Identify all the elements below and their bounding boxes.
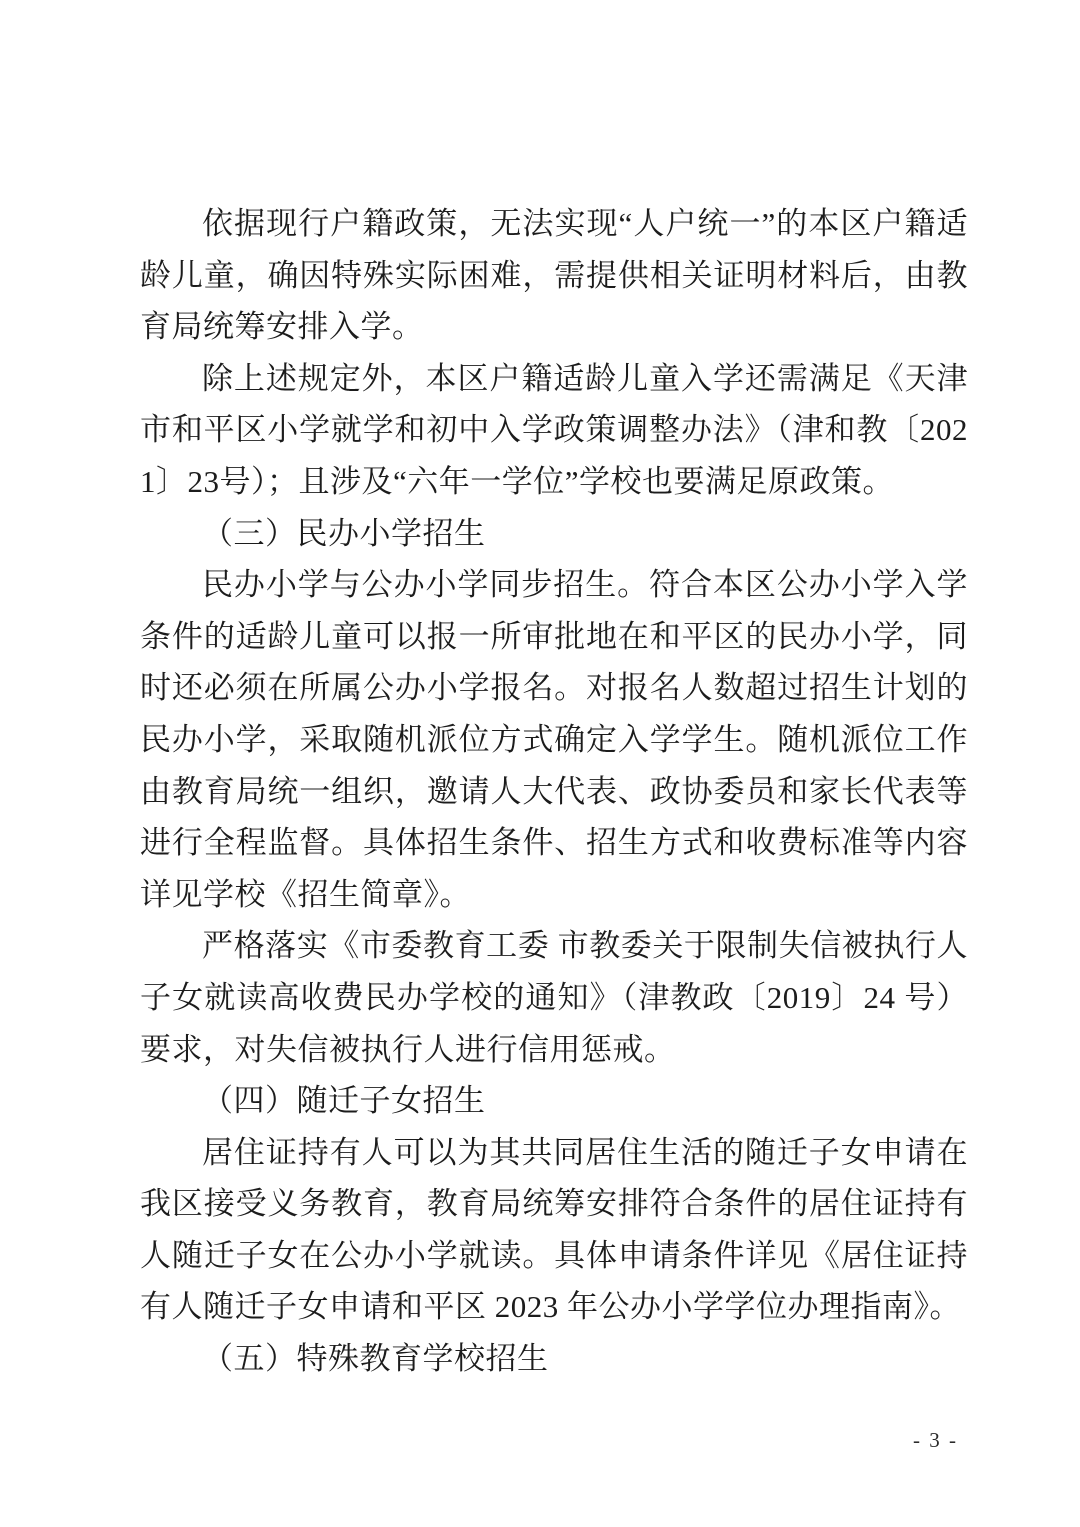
paragraph-dishonest-executee: 严格落实《市委教育工委 市教委关于限制失信被执行人子女就读高收费民办学校的通知》… [140,920,968,1075]
document-page: 依据现行户籍政策，无法实现“人户统一”的本区户籍适龄儿童，确因特殊实际困难，需提… [0,0,1080,1527]
document-body: 依据现行户籍政策，无法实现“人户统一”的本区户籍适龄儿童，确因特殊实际困难，需提… [140,198,968,1385]
paragraph-migrant-children-enrollment: 居住证持有人可以为其共同居住生活的随迁子女申请在我区接受义务教育，教育局统筹安排… [140,1127,968,1333]
section-heading-special-education: （五）特殊教育学校招生 [140,1333,968,1385]
paragraph-private-primary-enrollment: 民办小学与公办小学同步招生。符合本区公办小学入学条件的适龄儿童可以报一所审批地在… [140,559,968,920]
section-heading-private-primary: （三）民办小学招生 [140,508,968,560]
paragraph-household-policy: 依据现行户籍政策，无法实现“人户统一”的本区户籍适龄儿童，确因特殊实际困难，需提… [140,198,968,353]
page-number: - 3 - [913,1428,958,1453]
section-heading-migrant-children: （四）随迁子女招生 [140,1075,968,1127]
paragraph-additional-rules: 除上述规定外，本区户籍适龄儿童入学还需满足《天津市和平区小学就学和初中入学政策调… [140,353,968,508]
